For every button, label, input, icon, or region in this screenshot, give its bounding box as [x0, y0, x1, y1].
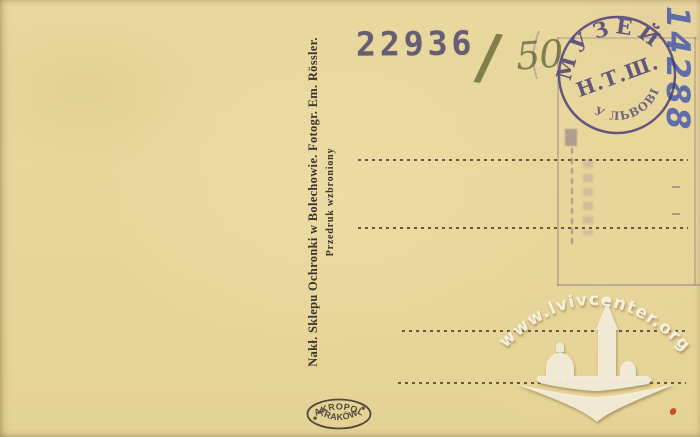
printer-stamp: AKROPOL KRAKÓW. ✱ ✱: [304, 397, 374, 431]
watermark: www.lvivcenter.org: [490, 276, 700, 437]
address-line-2: [358, 227, 688, 229]
postcard-scan: Nakł. Sklepu Ochronki w Bolechowie. Foto…: [0, 0, 700, 437]
copyright-notice: Przedruk wzbroniony: [325, 12, 336, 392]
ghost-tick-1: [672, 186, 680, 188]
address-line-1: [358, 159, 688, 161]
museum-stamp: МУЗЕЙ Н.Т.Ш. У ЛЬВОВІ: [545, 3, 690, 148]
svg-text:www.lvivcenter.org: www.lvivcenter.org: [495, 290, 695, 356]
handwritten-slash: /: [473, 25, 504, 90]
watermark-text: www.lvivcenter.org: [495, 290, 695, 356]
inventory-number-stamp: 22936: [356, 23, 476, 63]
publisher-imprint: Nakł. Sklepu Ochronki w Bolechowie. Foto…: [306, 12, 321, 392]
ghost-tick-2: [672, 213, 680, 215]
stamp-frame-right: [694, 37, 696, 285]
ghost-stamp-letters: [583, 160, 593, 235]
publisher-imprint-block: Nakł. Sklepu Ochronki w Bolechowie. Foto…: [306, 12, 336, 392]
ghost-stamp-marks: [571, 148, 573, 246]
watermark-cupola-shape: [556, 343, 564, 353]
watermark-spire-ball: [605, 298, 610, 303]
